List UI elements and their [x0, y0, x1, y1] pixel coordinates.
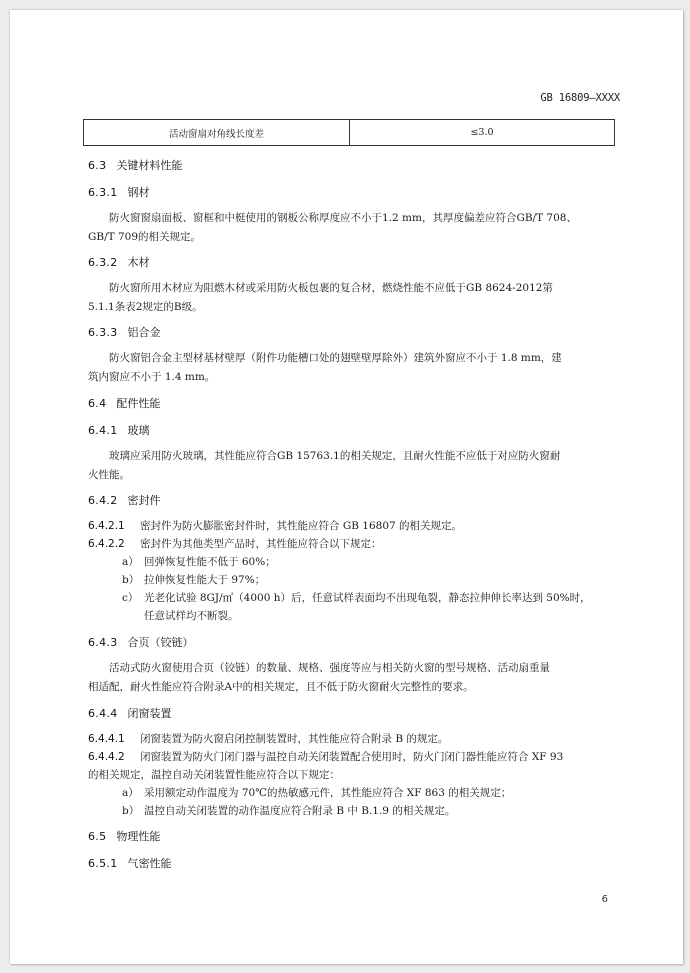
table-row: 活动窗扇对角线长度差 ≤3.0: [84, 120, 615, 146]
list-marker: b）: [122, 803, 144, 818]
section-number: 6.3: [88, 159, 106, 172]
list-marker: a）: [122, 785, 144, 800]
list-text: 温控自动关闭装置的动作温度应符合附录 B 中 B.1.9 的相关规定。: [144, 805, 455, 817]
section-number: 6.3.1: [88, 186, 118, 199]
list-text: 光老化试验 8GJ/㎡（4000 h）后，任意试样表面均不出现龟裂，静态拉伸伸长…: [144, 592, 591, 604]
paragraph-line: 防火窗铝合金主型材基材壁厚（附件功能槽口处的翅壁壁厚除外）建筑外窗应不小于 1.…: [109, 350, 562, 365]
clause-text: 闭窗装置为防火门闭门器与温控自动关闭装置配合使用时，防火门闭门器性能应符合 XF…: [140, 751, 563, 763]
heading-6-5: 6.5物理性能: [88, 828, 160, 844]
list-item-a: a）采用额定动作温度为 70℃的热敏感元件，其性能应符合 XF 863 的相关规…: [122, 785, 511, 800]
heading-6-3: 6.3关键材料性能: [88, 157, 182, 173]
clause-text: 密封件为其他类型产品时，其性能应符合以下规定：: [140, 538, 382, 550]
heading-6-3-1: 6.3.1钢材: [88, 184, 150, 200]
paragraph-line: 筑内窗应不小于 1.4 mm。: [88, 369, 215, 384]
paragraph-line: 火性能。: [88, 467, 130, 482]
clause-number: 6.4.2.1: [88, 520, 140, 532]
section-number: 6.4: [88, 397, 106, 410]
section-title: 关键材料性能: [116, 159, 182, 172]
clause-6-4-2-2: 6.4.2.2密封件为其他类型产品时，其性能应符合以下规定：: [88, 536, 382, 551]
section-number: 6.4.2: [88, 494, 118, 507]
paragraph-line: GB/T 709的相关规定。: [88, 229, 201, 244]
paragraph-line: 防火窗窗扇面板、窗框和中梃使用的钢板公称厚度应不小于1.2 mm，其厚度偏差应符…: [109, 210, 577, 225]
paragraph-line: 相适配，耐火性能应符合附录A中的相关规定，且不低于防火窗耐火完整性的要求。: [88, 679, 474, 694]
clause-6-4-4-2: 6.4.4.2闭窗装置为防火门闭门器与温控自动关闭装置配合使用时，防火门闭门器性…: [88, 749, 563, 764]
paragraph-line: 活动式防火窗使用合页（铰链）的数量、规格、强度等应与相关防火窗的型号规格、活动扇…: [109, 660, 550, 675]
table-cell-item: 活动窗扇对角线长度差: [84, 120, 350, 146]
section-title: 铝合金: [128, 326, 161, 339]
section-number: 6.4.4: [88, 707, 118, 720]
heading-6-4-3: 6.4.3合页（铰链）: [88, 634, 194, 650]
table-cell-value: ≤3.0: [350, 120, 615, 146]
document-page: GB 16809—XXXX 活动窗扇对角线长度差 ≤3.0 6.3关键材料性能 …: [10, 10, 683, 964]
heading-6-3-3: 6.3.3铝合金: [88, 324, 161, 340]
list-item-a: a）回弹恢复性能不低于 60%；: [122, 554, 276, 569]
heading-6-5-1: 6.5.1气密性能: [88, 855, 172, 871]
paragraph-line: 玻璃应采用防火玻璃，其性能应符合GB 15763.1的相关规定，且耐火性能不应低…: [109, 448, 560, 463]
section-title: 配件性能: [116, 397, 160, 410]
section-title: 玻璃: [128, 424, 150, 437]
list-marker: a）: [122, 554, 144, 569]
list-marker: c）: [122, 590, 144, 605]
heading-6-4-2: 6.4.2密封件: [88, 492, 161, 508]
clause-6-4-4-2-continued: 的相关规定，温控自动关闭装置性能应符合以下规定：: [88, 767, 340, 782]
section-title: 气密性能: [128, 857, 172, 870]
section-title: 物理性能: [116, 830, 160, 843]
clause-number: 6.4.4.1: [88, 733, 140, 745]
heading-6-4-4: 6.4.4闭窗装置: [88, 705, 172, 721]
clause-6-4-4-1: 6.4.4.1闭窗装置为防火窗启闭控制装置时，其性能应符合附录 B 的规定。: [88, 731, 448, 746]
paragraph-line: 5.1.1条表2规定的B级。: [88, 299, 203, 314]
heading-6-4: 6.4配件性能: [88, 395, 160, 411]
section-number: 6.4.3: [88, 636, 118, 649]
clause-number: 6.4.2.2: [88, 538, 140, 550]
heading-6-4-1: 6.4.1玻璃: [88, 422, 150, 438]
heading-6-3-2: 6.3.2木材: [88, 254, 150, 270]
spec-table: 活动窗扇对角线长度差 ≤3.0: [83, 119, 615, 146]
standard-code: GB 16809—XXXX: [540, 92, 620, 104]
list-text: 采用额定动作温度为 70℃的热敏感元件，其性能应符合 XF 863 的相关规定；: [144, 787, 511, 799]
clause-text: 闭窗装置为防火窗启闭控制装置时，其性能应符合附录 B 的规定。: [140, 733, 448, 745]
section-title: 闭窗装置: [128, 707, 172, 720]
clause-number: 6.4.4.2: [88, 751, 140, 763]
list-item-b: b）温控自动关闭装置的动作温度应符合附录 B 中 B.1.9 的相关规定。: [122, 803, 455, 818]
section-number: 6.3.2: [88, 256, 118, 269]
list-marker: b）: [122, 572, 144, 587]
page-number: 6: [602, 894, 608, 905]
list-item-b: b）拉伸恢复性能大于 97%；: [122, 572, 265, 587]
list-item-c: c）光老化试验 8GJ/㎡（4000 h）后，任意试样表面均不出现龟裂，静态拉伸…: [122, 590, 591, 605]
section-number: 6.5.1: [88, 857, 118, 870]
list-text: 回弹恢复性能不低于 60%；: [144, 556, 276, 568]
list-text: 拉伸恢复性能大于 97%；: [144, 574, 265, 586]
list-item-c-continued: 任意试样均不断裂。: [144, 608, 239, 623]
clause-text: 密封件为防火膨胀密封件时，其性能应符合 GB 16807 的相关规定。: [140, 520, 462, 532]
section-title: 木材: [128, 256, 150, 269]
section-title: 钢材: [128, 186, 150, 199]
section-title: 合页（铰链）: [128, 636, 194, 649]
section-number: 6.4.1: [88, 424, 118, 437]
section-number: 6.3.3: [88, 326, 118, 339]
clause-6-4-2-1: 6.4.2.1密封件为防火膨胀密封件时，其性能应符合 GB 16807 的相关规…: [88, 518, 462, 533]
section-number: 6.5: [88, 830, 106, 843]
section-title: 密封件: [128, 494, 161, 507]
paragraph-line: 防火窗所用木材应为阻燃木材或采用防火板包裹的复合材，燃烧性能不应低于GB 862…: [109, 280, 553, 295]
